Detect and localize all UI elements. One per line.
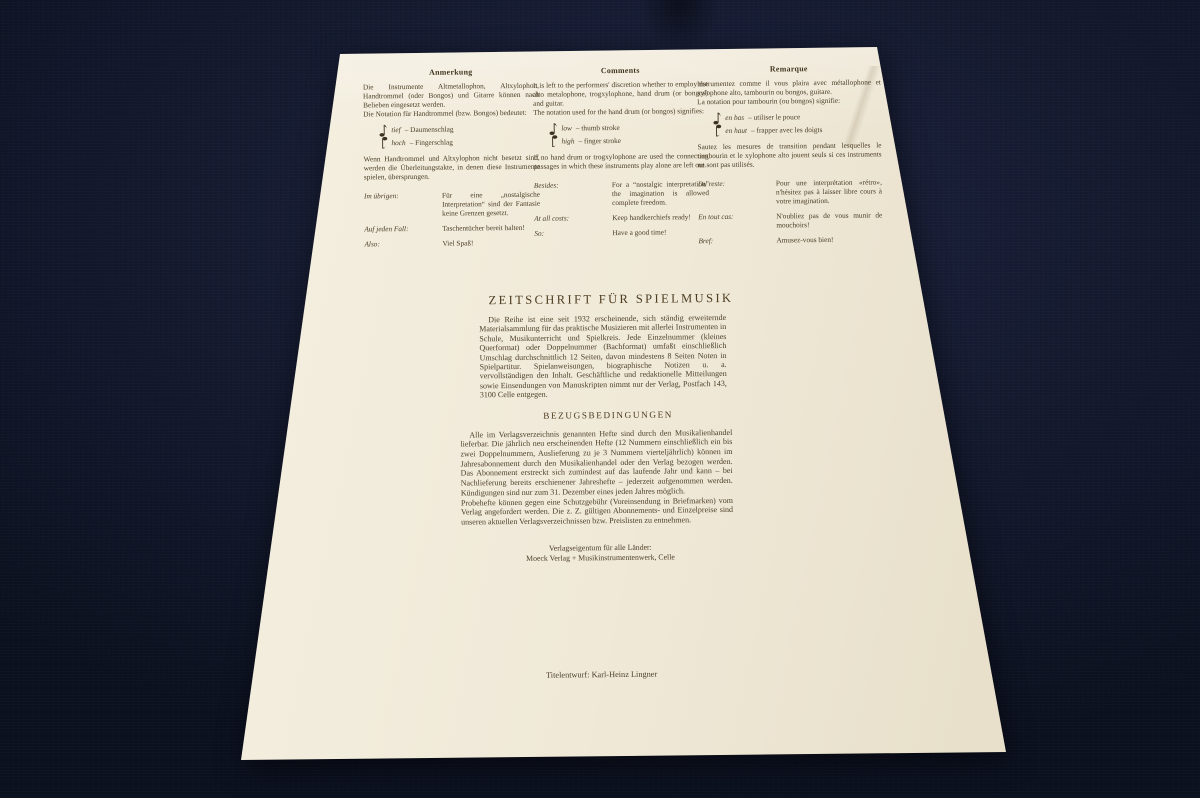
notation-label: tief [391, 125, 400, 134]
notation-row: en haut – frapper avec les doigts [713, 122, 881, 137]
notation-desc: – Daumenschlag [405, 125, 454, 134]
definition-text: Pour une interprétation «rétro», n'hésit… [776, 177, 882, 205]
definition-list-fr: Du reste: Pour une interprétation «rétro… [698, 177, 883, 245]
definition-text: Für eine „nostalgische Interpretation“ s… [442, 190, 540, 218]
notation-desc: – finger stroke [578, 136, 621, 145]
definition-text: N'oubliez pas de vous munir de mouchoirs… [776, 210, 882, 229]
photo-backdrop: Anmerkung Die Instrumente Altmetallophon… [0, 0, 1200, 798]
definition-text: For a “nostalgic interpretation” the ima… [612, 179, 709, 207]
paragraph-instruments-en: It is left to the performers' discretion… [533, 79, 708, 108]
definition-term: Auf jeden Fall: [364, 224, 442, 234]
notation-label: hoch [391, 138, 405, 147]
paragraph-notation-de: Die Notation für Handtrommel (bzw. Bongo… [363, 108, 539, 119]
definition-term: En tout cas: [698, 211, 776, 230]
journal-title: ZEITSCHRIFT FÜR SPIELMUSIK [457, 291, 739, 309]
terms-heading: BEZUGSBEDINGUNGEN [458, 409, 740, 422]
notation-desc: – utiliser le pouce [748, 112, 800, 121]
column-english: Comments It is left to the performers' d… [533, 65, 710, 238]
definition-text: Keep handkerchiefs ready! [612, 212, 709, 222]
definition-term: Im übrigen: [364, 191, 442, 219]
note-low-icon [549, 121, 557, 135]
ownership-block: Verlagseigentum für alle Länder: Moeck V… [459, 542, 741, 565]
terms-paragraph-1: Alle im Verlagsverzeichnis genannten Hef… [460, 428, 733, 499]
notation-desc: – frapper avec les doigts [751, 125, 822, 135]
notation-label: low [561, 123, 572, 132]
definition-term: Also: [364, 239, 442, 249]
notation-label: high [561, 136, 574, 145]
notation-block-en: low – thumb stroke high – finger stroke [549, 120, 708, 148]
terms-body: Alle im Verlagsverzeichnis genannten Hef… [460, 428, 733, 528]
notation-row: hoch – Fingerschlag [379, 135, 539, 150]
notation-desc: – thumb stroke [576, 123, 620, 132]
note-low-icon [713, 111, 721, 125]
paragraph-skip-de: Wenn Handtrommel und Altxylophon nicht b… [364, 153, 540, 182]
terms-paragraph-2: Probehefte können gegen eine Schutzgebüh… [461, 495, 733, 527]
paragraph-notation-en: The notation used for the hand drum (or … [533, 106, 708, 117]
definition-term: Bref: [698, 235, 776, 245]
notation-row: high – finger stroke [549, 133, 708, 148]
column-french: Remarque Instrumentez comme il vous plai… [697, 63, 883, 245]
column-heading-french: Remarque [697, 63, 881, 74]
journal-description: Die Reihe ist eine seit 1932 erscheinend… [479, 313, 727, 400]
column-heading-german: Anmerkung [363, 67, 539, 78]
note-high-icon [379, 136, 387, 150]
column-heading-english: Comments [533, 65, 708, 76]
definition-text: Viel Spaß! [442, 238, 540, 248]
paper-surface: Anmerkung Die Instrumente Altmetallophon… [240, 44, 1010, 766]
title-design-credit: Titelentwurf: Karl-Heinz Lingner [461, 669, 743, 681]
notation-desc: – Fingerschlag [410, 138, 453, 147]
note-low-icon [379, 123, 387, 137]
definition-text: Amusez-vous bien! [776, 234, 882, 244]
column-german: Anmerkung Die Instrumente Altmetallophon… [363, 67, 541, 249]
note-high-icon [713, 124, 721, 138]
notation-label: en bas [725, 113, 744, 122]
paragraph-skip-fr: Sautez les mesures de transition pendant… [697, 140, 881, 169]
paragraph-notation-fr: La notation pour tambourin (ou bongos) s… [697, 95, 881, 106]
definition-list-en: Besides: For a “nostalgic interpretation… [534, 179, 710, 238]
paragraph-instruments-fr: Instrumentez comme il vous plaira avec m… [697, 77, 881, 97]
journal-section: ZEITSCHRIFT FÜR SPIELMUSIK Die Reihe ist… [457, 291, 742, 564]
notation-block-de: tief – Daumenschlag hoch – Fingerschlag [379, 122, 539, 150]
definition-text: Taschentücher bereit halten! [442, 223, 540, 233]
definition-term: At all costs: [534, 213, 612, 223]
paragraph-skip-en: If no hand drum or trogxylophone are use… [534, 151, 709, 171]
definition-text: Have a good time! [612, 227, 709, 237]
note-high-icon [549, 134, 557, 148]
definition-term: So: [534, 228, 612, 238]
definition-term: Besides: [534, 180, 612, 208]
paper-sheet: Anmerkung Die Instrumente Altmetallophon… [240, 44, 1010, 766]
notation-block-fr: en bas – utiliser le pouce en haut – fra… [713, 109, 881, 137]
paragraph-instruments-de: Die Instrumente Altmetallophon, Altxylop… [363, 81, 539, 110]
notation-label: en haut [725, 126, 747, 135]
definition-term: Du reste: [698, 178, 776, 206]
ownership-line-2: Moeck Verlag + Musikinstrumentenwerk, Ce… [459, 552, 741, 565]
definition-list-de: Im übrigen: Für eine „nostalgische Inter… [364, 190, 541, 249]
printed-content: Anmerkung Die Instrumente Altmetallophon… [237, 40, 1014, 769]
